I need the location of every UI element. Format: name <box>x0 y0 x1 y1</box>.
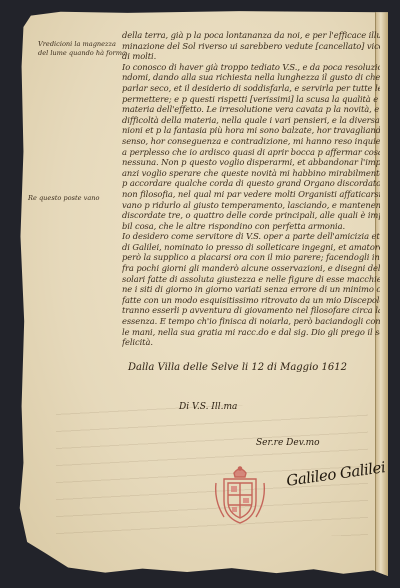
body-line: minazione del Sol riverso ui sarebbero v… <box>122 41 380 52</box>
body-line: discordate tre, o quattro delle corde pr… <box>122 210 380 221</box>
body-line: essenza. E tempo ch'io finisca di noiarl… <box>122 316 380 327</box>
library-stamp-icon <box>212 465 268 527</box>
body-line: nioni et p la fantasia più hora mi sono … <box>122 125 380 136</box>
manuscript-page: Vredicioni la magnezza del lume quando h… <box>16 10 388 576</box>
body-line: della terra, già p la poca lontananza da… <box>122 30 380 41</box>
body-line: non filosofia, nel qual mi par vedere mo… <box>122 189 380 200</box>
date-line: Dalla Villa delle Selve li 12 di Maggio … <box>128 362 347 373</box>
body-line: bil cosa, che le altre rispondino con pe… <box>122 221 380 232</box>
body-line: di molti. <box>122 51 380 62</box>
body-line: ndomi, dando alla sua richiesta nella lu… <box>122 72 380 83</box>
body-line: nessuna. Non p questo voglio disperarmi,… <box>122 157 380 168</box>
body-line: senso, hor conseguenza e contradizione, … <box>122 136 380 147</box>
body-line: parlar seco, et il desiderio di soddisfa… <box>122 83 380 94</box>
body-line: fatte con un modo esquisitissimo ritrova… <box>122 295 380 306</box>
body-line: ne i siti di giorno in giorno variati se… <box>122 284 380 295</box>
body-line: p accordare qualche corda di questo gran… <box>122 178 380 189</box>
margin-note-2: Re questo poste vano <box>28 194 108 203</box>
body-line: vano p ridurlo al giusto temperamento, l… <box>122 200 380 211</box>
body-line: di Galilei, nominato io presso di sollet… <box>122 242 380 253</box>
body-line: felicità. <box>122 337 380 348</box>
body-line: tranno esserli p avventura di giovamento… <box>122 305 380 316</box>
body-line: Io conosco di haver già troppo tediato V… <box>122 62 380 73</box>
body-line: le mani, nella sua gratia mi racc.do e d… <box>122 327 380 338</box>
body-line: materia dell'effetto. Le irresolutione v… <box>122 104 380 115</box>
servant-line: Ser.re Dev.mo <box>256 438 320 448</box>
salutation: Di V.S. Ill.ma <box>179 402 237 412</box>
body-line: Io desidero come servitore di V.S. oper … <box>122 231 380 242</box>
margin-note-1: Vredicioni la magnezza del lume quando h… <box>38 40 128 58</box>
body-line: fra pochi giorni gli manderò alcune osse… <box>122 263 380 274</box>
body-line: però la supplico a placarsi ora con il m… <box>122 252 380 263</box>
body-line: anzi voglio sperare che queste novità mi… <box>122 168 380 179</box>
body-line: difficoltà della materia, nella quale i … <box>122 115 380 126</box>
letter-body: della terra, già p la poca lontananza da… <box>122 30 380 348</box>
body-line: permettere; e p questi rispetti [verissi… <box>122 94 380 105</box>
body-line: solari fatte di assoluta giustezza e nel… <box>122 274 380 285</box>
body-line: a perplesso che io ardisco quasi di apri… <box>122 147 380 158</box>
